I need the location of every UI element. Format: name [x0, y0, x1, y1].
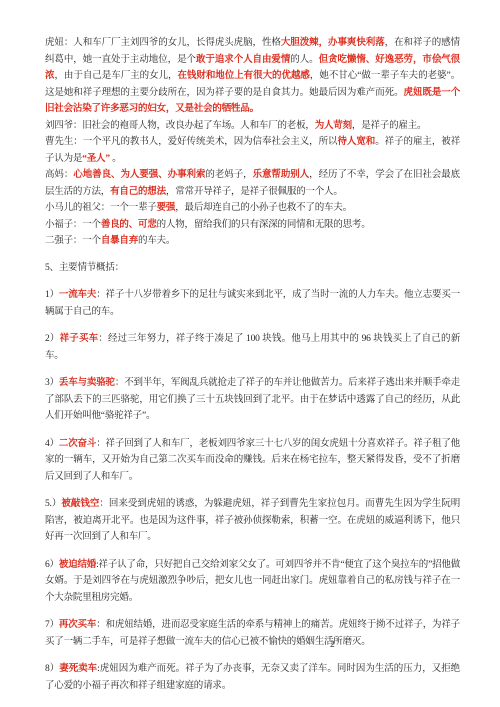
paragraph: 2）祥子买车：经过三年努力，祥子终于凑足了 100 块钱。他马上用其中的 96 …: [45, 331, 460, 364]
paragraph: 1）一流车夫：祥子十八岁带着乡下的足壮与诚实来到北平，成了当时一流的人力车夫。他…: [45, 287, 460, 320]
text-segment: 。: [110, 154, 121, 164]
text-segment: ：和虎妞结婚，进而忍受家庭生活的牵系与精神上的痛苦。虎妞终于拗不过祥子，为祥子买…: [45, 620, 460, 647]
highlighted-text: “圣人”: [82, 154, 110, 164]
highlighted-text: 被迫结婚: [59, 560, 96, 570]
character-descriptions-section: 虎妞：人和车厂厂主刘四爷的女儿，长得虎头虎脑，性格大胆泼辣，办事爽快利落，在和祥…: [45, 35, 460, 250]
text-segment: ，最后却连自己的小孙子也救不了的车夫。: [175, 203, 352, 213]
paragraph: 刘四爷：旧社会的袍哥人物，改良办起了车场。人和车厂的老板，为人苛刻，是祥子的雇主…: [45, 118, 460, 135]
text-segment: 的人物，留给我们的只有深深的同情和无限的思考。: [157, 220, 371, 230]
paragraph: 3）丢车与卖骆驼：不到半年，军阀乱兵就抢走了祥子的车并让他做苦力。后来祥子逃出来…: [45, 375, 460, 425]
highlighted-text: 善良的、可悲: [101, 220, 157, 230]
text-segment: ：经过三年努力，祥子终于凑足了 100 块钱。他马上用其中的 96 块钱买上了自…: [45, 334, 460, 361]
text-segment: 虎妞：人和车厂厂主刘四爷的女儿，长得虎头虎脑，性格: [45, 38, 281, 48]
section-heading: 5、主要情节概括：: [45, 260, 460, 277]
highlighted-text: 被敲钱空: [61, 499, 99, 509]
paragraph: 6）被迫结婚:祥子认了命，只好把自己交给刘家父女了。可刘四爷并不肯“便宜了这个臭…: [45, 557, 460, 607]
paragraph: 7）再次买车：和虎妞结婚，进而忍受家庭生活的牵系与精神上的痛苦。虎妞终于拗不过祥…: [45, 617, 460, 650]
text-segment: 7）: [45, 620, 59, 630]
paragraph: 8）妻死卖车:虎妞因为难产而死。祥子为了办丧事，无奈又卖了洋车。同时因为生活的压…: [45, 661, 460, 694]
text-segment: 3）: [45, 378, 59, 388]
text-segment: 二强子：一个: [45, 236, 101, 246]
document-page: 虎妞：人和车厂厂主刘四爷的女儿，长得虎头虎脑，性格大胆泼辣，办事爽快利落，在和祥…: [0, 0, 500, 707]
plot-summary-section: 1）一流车夫：祥子十八岁带着乡下的足壮与诚实来到北平，成了当时一流的人力车夫。他…: [45, 287, 460, 694]
text-segment: 5.）: [45, 499, 61, 509]
paragraph: 小马儿的祖父：一个一辈子要强，最后却连自己的小孙子也救不了的车夫。: [45, 200, 460, 217]
text-segment: 的人。: [290, 55, 318, 65]
paragraph: 二强子：一个自暴自弃的车夫。: [45, 233, 460, 250]
paragraph: 高妈：心地善良、为人要强、办事利索的老妈子，乐意帮助别人，经历了不幸，学会了在旧…: [45, 167, 460, 200]
text-segment: 2）: [45, 334, 60, 344]
text-segment: ：祥子回到了人和车厂，老板刘四爷家三十七八岁的闺女虎妞十分喜欢祥子。祥子租了他家…: [45, 439, 460, 482]
highlighted-text: 妻死卖车: [59, 664, 97, 674]
paragraph: 虎妞：人和车厂厂主刘四爷的女儿，长得虎头虎脑，性格大胆泼辣，办事爽快利落，在和祥…: [45, 35, 460, 118]
paragraph: 5.）被敲钱空：回来受到虎妞的诱惑，为躲避虎妞，祥子到曹先生家拉包月。而曹先生因…: [45, 496, 460, 546]
highlighted-text: 在钱财和地位上有很大的优越感: [177, 71, 309, 81]
paragraph: 4）二次奋斗：祥子回到了人和车厂，老板刘四爷家三十七八岁的闺女虎妞十分喜欢祥子。…: [45, 436, 460, 486]
highlighted-text: 敢于追求个人自由爱情: [196, 55, 290, 65]
text-segment: ，是祥子的雇主。: [352, 121, 426, 131]
paragraph: 曹先生：一个平凡的教书人，爱好传统美术，因为信奉社会主义，所以待人宽和。祥子的雇…: [45, 134, 460, 167]
text-segment: :祥子认了命，只好把自己交给刘家父女了。可刘四爷并不肯“便宜了这个臭拉车的”招他…: [45, 560, 460, 603]
highlighted-text: 要强: [157, 203, 176, 213]
document-content: 虎妞：人和车厂厂主刘四爷的女儿，长得虎头虎脑，性格大胆泼辣，办事爽快利落，在和祥…: [45, 35, 460, 694]
text-segment: 6）: [45, 560, 59, 570]
page-number: 2: [330, 640, 335, 650]
highlighted-text: 待人宽和: [337, 137, 375, 147]
text-segment: ：回来受到虎妞的诱惑，为躲避虎妞，祥子到曹先生家拉包月。而曹先生因为学生阮明陷害…: [45, 499, 460, 542]
highlighted-text: 乐意帮助别人: [253, 170, 310, 180]
text-segment: 4）: [45, 439, 59, 449]
text-segment: ：祥子十八岁带着乡下的足壮与诚实来到北平，成了当时一流的人力车夫。他立志要买一辆…: [45, 290, 460, 317]
text-segment: 的老妈子，: [205, 170, 252, 180]
text-segment: 刘四爷：旧社会的袍哥人物，改良办起了车场。人和车厂的老板，: [45, 121, 315, 131]
highlighted-text: 有自己的想法: [110, 187, 166, 197]
text-segment: 1）: [45, 290, 59, 300]
paragraph: 小福子：一个善良的、可悲的人物，留给我们的只有深深的同情和无限的思考。: [45, 217, 460, 234]
text-segment: 小福子：一个: [45, 220, 101, 230]
highlighted-text: 再次买车: [59, 620, 96, 630]
highlighted-text: 自暴自弃: [101, 236, 138, 246]
highlighted-text: 二次奋斗: [59, 439, 96, 449]
highlighted-text: 祥子买车: [60, 334, 99, 344]
highlighted-text: 丢车与卖骆驼: [59, 378, 115, 388]
text-segment: 高妈：: [45, 170, 73, 180]
highlighted-text: 大胆泼辣，办事爽快利落: [281, 38, 385, 48]
text-segment: :虎妞因为难产而死。祥子为了办丧事，无奈又卖了洋车。同时因为生活的压力，又拒绝了…: [45, 664, 460, 691]
text-segment: ，常常开导祥子，是祥子很佩服的一个人。: [166, 187, 343, 197]
highlighted-text: 一流车夫: [59, 290, 96, 300]
text-segment: 曹先生：一个平凡的教书人，爱好传统美术，因为信奉社会主义，所以: [45, 137, 337, 147]
text-segment: 小马儿的祖父：一个一辈子: [45, 203, 157, 213]
text-segment: 8）: [45, 664, 59, 674]
text-segment: ，由于自己是车厂主的女儿，: [54, 71, 177, 81]
text-segment: 的车夫。: [138, 236, 175, 246]
highlighted-text: 为人苛刻: [315, 121, 352, 131]
highlighted-text: 心地善良、为人要强、办事利索: [73, 170, 205, 180]
